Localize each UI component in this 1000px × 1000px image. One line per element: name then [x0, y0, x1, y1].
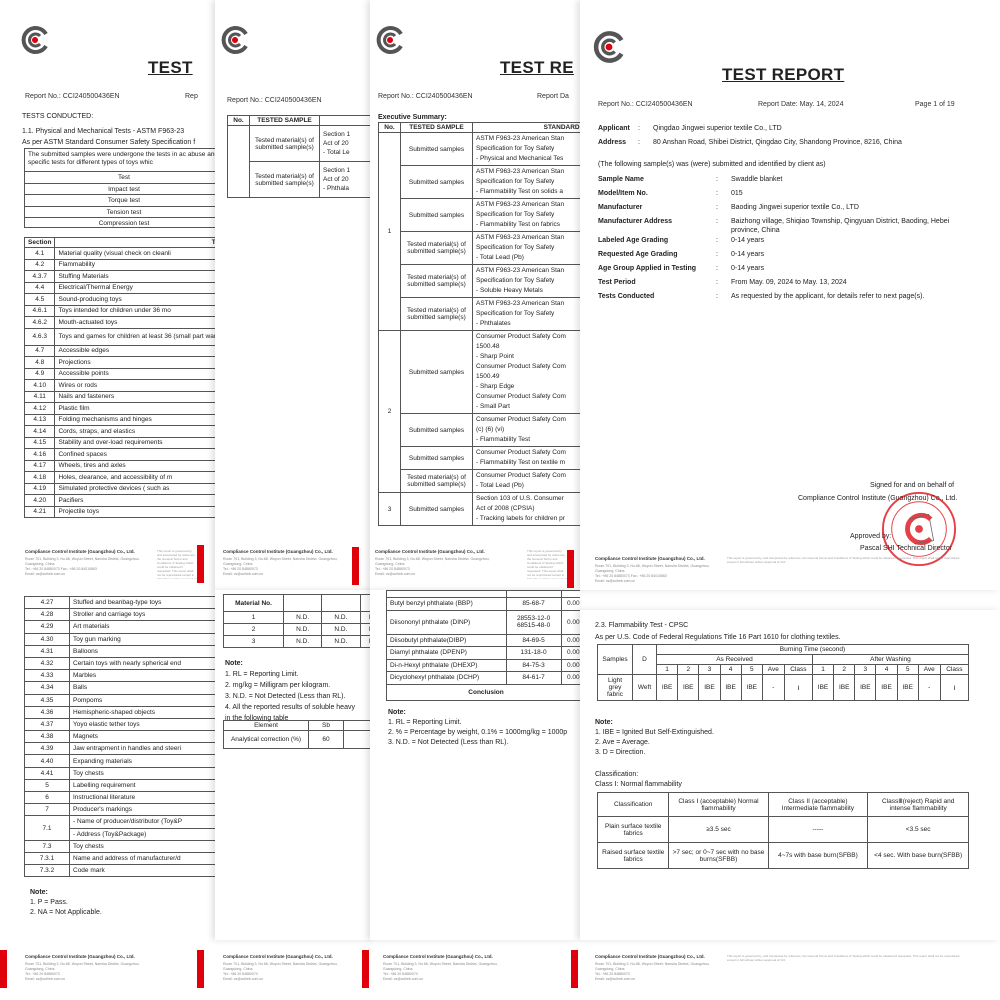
info-field: Test Period:From May. 09, 2024 to May. 1… [598, 278, 961, 287]
table-row: 4.20Pacifiers [25, 495, 216, 507]
table-row: Tested material(s) of submitted sample(s… [379, 265, 581, 298]
table-row: Raised surface textile fabrics>7 sec; or… [598, 843, 969, 869]
table-row: Tested material(s) of submitted sample(s… [379, 298, 581, 331]
report-title: TEST REPORT [722, 65, 844, 85]
table-row: 3N.D.N.D.N [224, 636, 376, 648]
table-row: 4.6.2Mouth-actuated toys [25, 317, 216, 329]
table-row: Diisobutyl phthalate(DIBP)84-69-50.00 [387, 634, 581, 647]
report-date: Report Date: May. 14, 2024 [758, 101, 843, 108]
table-row: 4.32Certain toys with nearly spherical e… [25, 657, 216, 669]
table-row: 4.27Stuffed and beanbag-type toys [25, 597, 216, 609]
table-row: Di-n-Hexyl phthalate (DHEXP)84-75-30.00 [387, 659, 581, 672]
table-row: Tested material(s) of submitted sample(s… [379, 232, 581, 265]
report-title: TEST [148, 58, 193, 78]
page-footer: Compliance Control Institute (Guangzhou)… [215, 545, 375, 585]
report-page-sections-cont: 4.27Stuffed and beanbag-type toys4.28Str… [0, 590, 215, 940]
table-row: 4.5Sound-producing toys [25, 294, 216, 306]
report-page-results: Material No. 1N.D.N.D.N2N.D.N.D.N3N.D.N.… [215, 590, 375, 940]
red-bar [567, 550, 574, 588]
table-row: 4.40Expanding materials [25, 755, 216, 767]
intro-box: The submitted samples were undergone the… [24, 148, 215, 228]
table-row: 2N.D.N.D.N [224, 624, 376, 636]
table-row: 3Submitted samplesSection 103 of U.S. Co… [379, 493, 581, 526]
table-row: 4.13Folding mechanisms and hinges [25, 414, 216, 426]
classification-table: ClassificationClass Ⅰ (acceptable) Norma… [597, 792, 969, 869]
table-row: 4.21Projectile toys [25, 506, 216, 518]
info-field: Sample Name:Swaddle blanket [598, 175, 961, 184]
info-field: Manufacturer:Baoding Jingwei superior te… [598, 203, 961, 212]
report-page-executive-summary: TEST RE Report No.: CCI240500436EN Repor… [370, 0, 580, 590]
report-page-tests-conducted: TEST Report No.: CCI240500436EN Rep TEST… [0, 0, 215, 590]
table-row: 4.17Wheels, tires and axles [25, 460, 216, 472]
table-row: 4.10Wires or rods [25, 380, 216, 392]
cci-logo-icon [220, 25, 250, 55]
info-field: Model/Item No.:015 [598, 189, 961, 198]
test-item: Tension test [25, 206, 215, 218]
test-item: Test [25, 171, 215, 183]
table-row: 7.3Toy chests [25, 840, 216, 852]
table-row: 4.30Toy gun marking [25, 633, 216, 645]
table-row: Tested material(s) of submitted sample(s… [379, 470, 581, 493]
table-row: 4.38Magnets [25, 731, 216, 743]
cci-logo-icon [20, 25, 50, 55]
table-row: 1Submitted samplesASTM F963-23 American … [379, 133, 581, 166]
table-row: 4.34Balls [25, 682, 216, 694]
phthalates-table: Butyl benzyl phthalate (BBP)85-68-70.00D… [386, 590, 580, 701]
table-row: Submitted samplesConsumer Product Safety… [379, 447, 581, 470]
table-row: 4.4Electrical/Thermal Energy [25, 282, 216, 294]
table-row: 4.15Stability and over-load requirements [25, 437, 216, 449]
table-row: 2Submitted samplesConsumer Product Safet… [379, 331, 581, 414]
report-page-cover: TEST REPORT Report No.: CCI240500436EN R… [580, 0, 1000, 590]
table-row: 4.31Balloons [25, 645, 216, 657]
table-row: 4.9Accessible points [25, 368, 216, 380]
info-field: Requested Age Grading:0-14 years [598, 250, 961, 259]
table-row: 4.33Marbles [25, 670, 216, 682]
info-field: Labeled Age Grading:0-14 years [598, 236, 961, 245]
table-row: 7.3.2Code mark [25, 865, 216, 877]
table-row: 4.36Hemispheric-shaped objects [25, 706, 216, 718]
table-row: 7.3.1Name and address of manufacturer/d [25, 852, 216, 864]
table-row: 4.6.3Toys and games for children at leas… [25, 328, 216, 345]
table-row: 5Labelling requirement [25, 779, 216, 791]
table-row: Submitted samplesASTM F963-23 American S… [379, 199, 581, 232]
table-row: 4.7Accessible edges [25, 345, 216, 357]
table-row: Submitted samplesConsumer Product Safety… [379, 414, 581, 447]
section-subtitle: As per ASTM Standard Consumer Safety Spe… [22, 139, 195, 146]
red-bar [352, 547, 359, 585]
page-footer: Compliance Control Institute (Guangzhou)… [215, 950, 375, 990]
table-row: 4.28Stroller and carriage toys [25, 609, 216, 621]
flammability-table: SamplesDBurning Time (second) As Receive… [597, 644, 969, 701]
element-table: ElementSb Analytical correction (%)60 [223, 720, 375, 749]
table-row: 6Instructional literature [25, 792, 216, 804]
table-row: 7.1- Name of producer/distributor (Toy&P [25, 816, 216, 828]
info-field: Manufacturer Address:Baizhong village, S… [598, 217, 961, 235]
report-date-partial: Rep [185, 93, 198, 100]
report-page-phthalates: Butyl benzyl phthalate (BBP)85-68-70.00D… [370, 590, 580, 940]
tested-sample-table: No.TESTED SAMPLE Tested material(s) of s… [227, 115, 375, 198]
table-row: Submitted samplesASTM F963-23 American S… [379, 166, 581, 199]
test-item: Compression test [25, 217, 215, 229]
table-row: 4.29Art materials [25, 621, 216, 633]
table-row: 4.1Material quality (visual check on cle… [25, 248, 216, 260]
table-row: 4.2Flammability [25, 259, 216, 271]
table-row: 4.41Toy chests [25, 767, 216, 779]
report-page-heavy-metals: Report No.: CCI240500436EN No.TESTED SAM… [215, 0, 375, 590]
executive-summary-table: No.TESTED SAMPLESTANDARD / F 1Submitted … [378, 122, 580, 526]
page-footer: Compliance Control Institute (Guangzhou)… [0, 545, 215, 585]
table-row: 4.3.7Stuffing Materials [25, 271, 216, 283]
table-row: Plain surface textile fabrics≥3.5 sec---… [598, 817, 969, 843]
material-table: Material No. 1N.D.N.D.N2N.D.N.D.N3N.D.N.… [223, 594, 375, 648]
test-item: Impact test [25, 183, 215, 195]
page-footer: Compliance Control Institute (Guangzhou)… [0, 950, 215, 990]
page-footer: Compliance Control Institute (Guangzhou)… [375, 950, 580, 990]
table-row: 4.35Pompoms [25, 694, 216, 706]
sections-table-cont: 4.27Stuffed and beanbag-type toys4.28Str… [24, 596, 215, 877]
cci-logo-icon [592, 30, 626, 64]
tests-conducted-heading: TESTS CONDUCTED: [22, 113, 93, 120]
table-row: 4.11Nails and fasteners [25, 391, 216, 403]
table-row: 7Producer's markings [25, 804, 216, 816]
table-row: 4.18Holes, clearance, and accessibility … [25, 472, 216, 484]
page-footer: Compliance Control Institute (Guangzhou)… [370, 545, 580, 585]
cci-logo-icon [375, 25, 405, 55]
report-page-flammability: 2.3. Flammability Test - CPSC As per U.S… [580, 610, 1000, 940]
table-row: 4.37Yoyo elastic tether toys [25, 718, 216, 730]
table-row: 4.12Plastic film [25, 403, 216, 415]
table-row: Butyl benzyl phthalate (BBP)85-68-70.00 [387, 598, 581, 611]
table-row: Diisononyl phthalate (DINP)28553-12-0 68… [387, 610, 581, 634]
table-row: 4.16Confined spaces [25, 449, 216, 461]
page-number: Page 1 of 19 [915, 101, 955, 108]
info-field: Age Group Applied in Testing:0-14 years [598, 264, 961, 273]
info-field: Tests Conducted:As requested by the appl… [598, 292, 961, 301]
table-row: Dicyclohexyl phthalate (DCHP)84-61-70.00 [387, 672, 581, 685]
section-title: 1.1. Physical and Mechanical Tests - AST… [22, 128, 184, 135]
page-footer: Compliance Control Institute (Guangzhou)… [580, 950, 1000, 990]
table-row: 4.19Simulated protective devices ( such … [25, 483, 216, 495]
table-row: Diamyl phthalate (DPENP)131-18-00.00 [387, 647, 581, 660]
test-item: Torque test [25, 194, 215, 206]
page-footer: Compliance Control Institute (Guangzhou)… [580, 552, 1000, 592]
table-row: 4.8Projections [25, 357, 216, 369]
table-row: 4.6.1Toys intended for children under 36… [25, 305, 216, 317]
report-number: Report No.: CCI240500436EN [25, 93, 120, 100]
table-row: 4.39Jaw entrapment in handles and steeri [25, 743, 216, 755]
table-row: 4.14Cords, straps, and elastics [25, 426, 216, 438]
table-row: 1N.D.N.D.N [224, 612, 376, 624]
red-bar [197, 545, 204, 583]
sections-table: SectionTestin 4.1Material quality (visua… [24, 237, 215, 518]
